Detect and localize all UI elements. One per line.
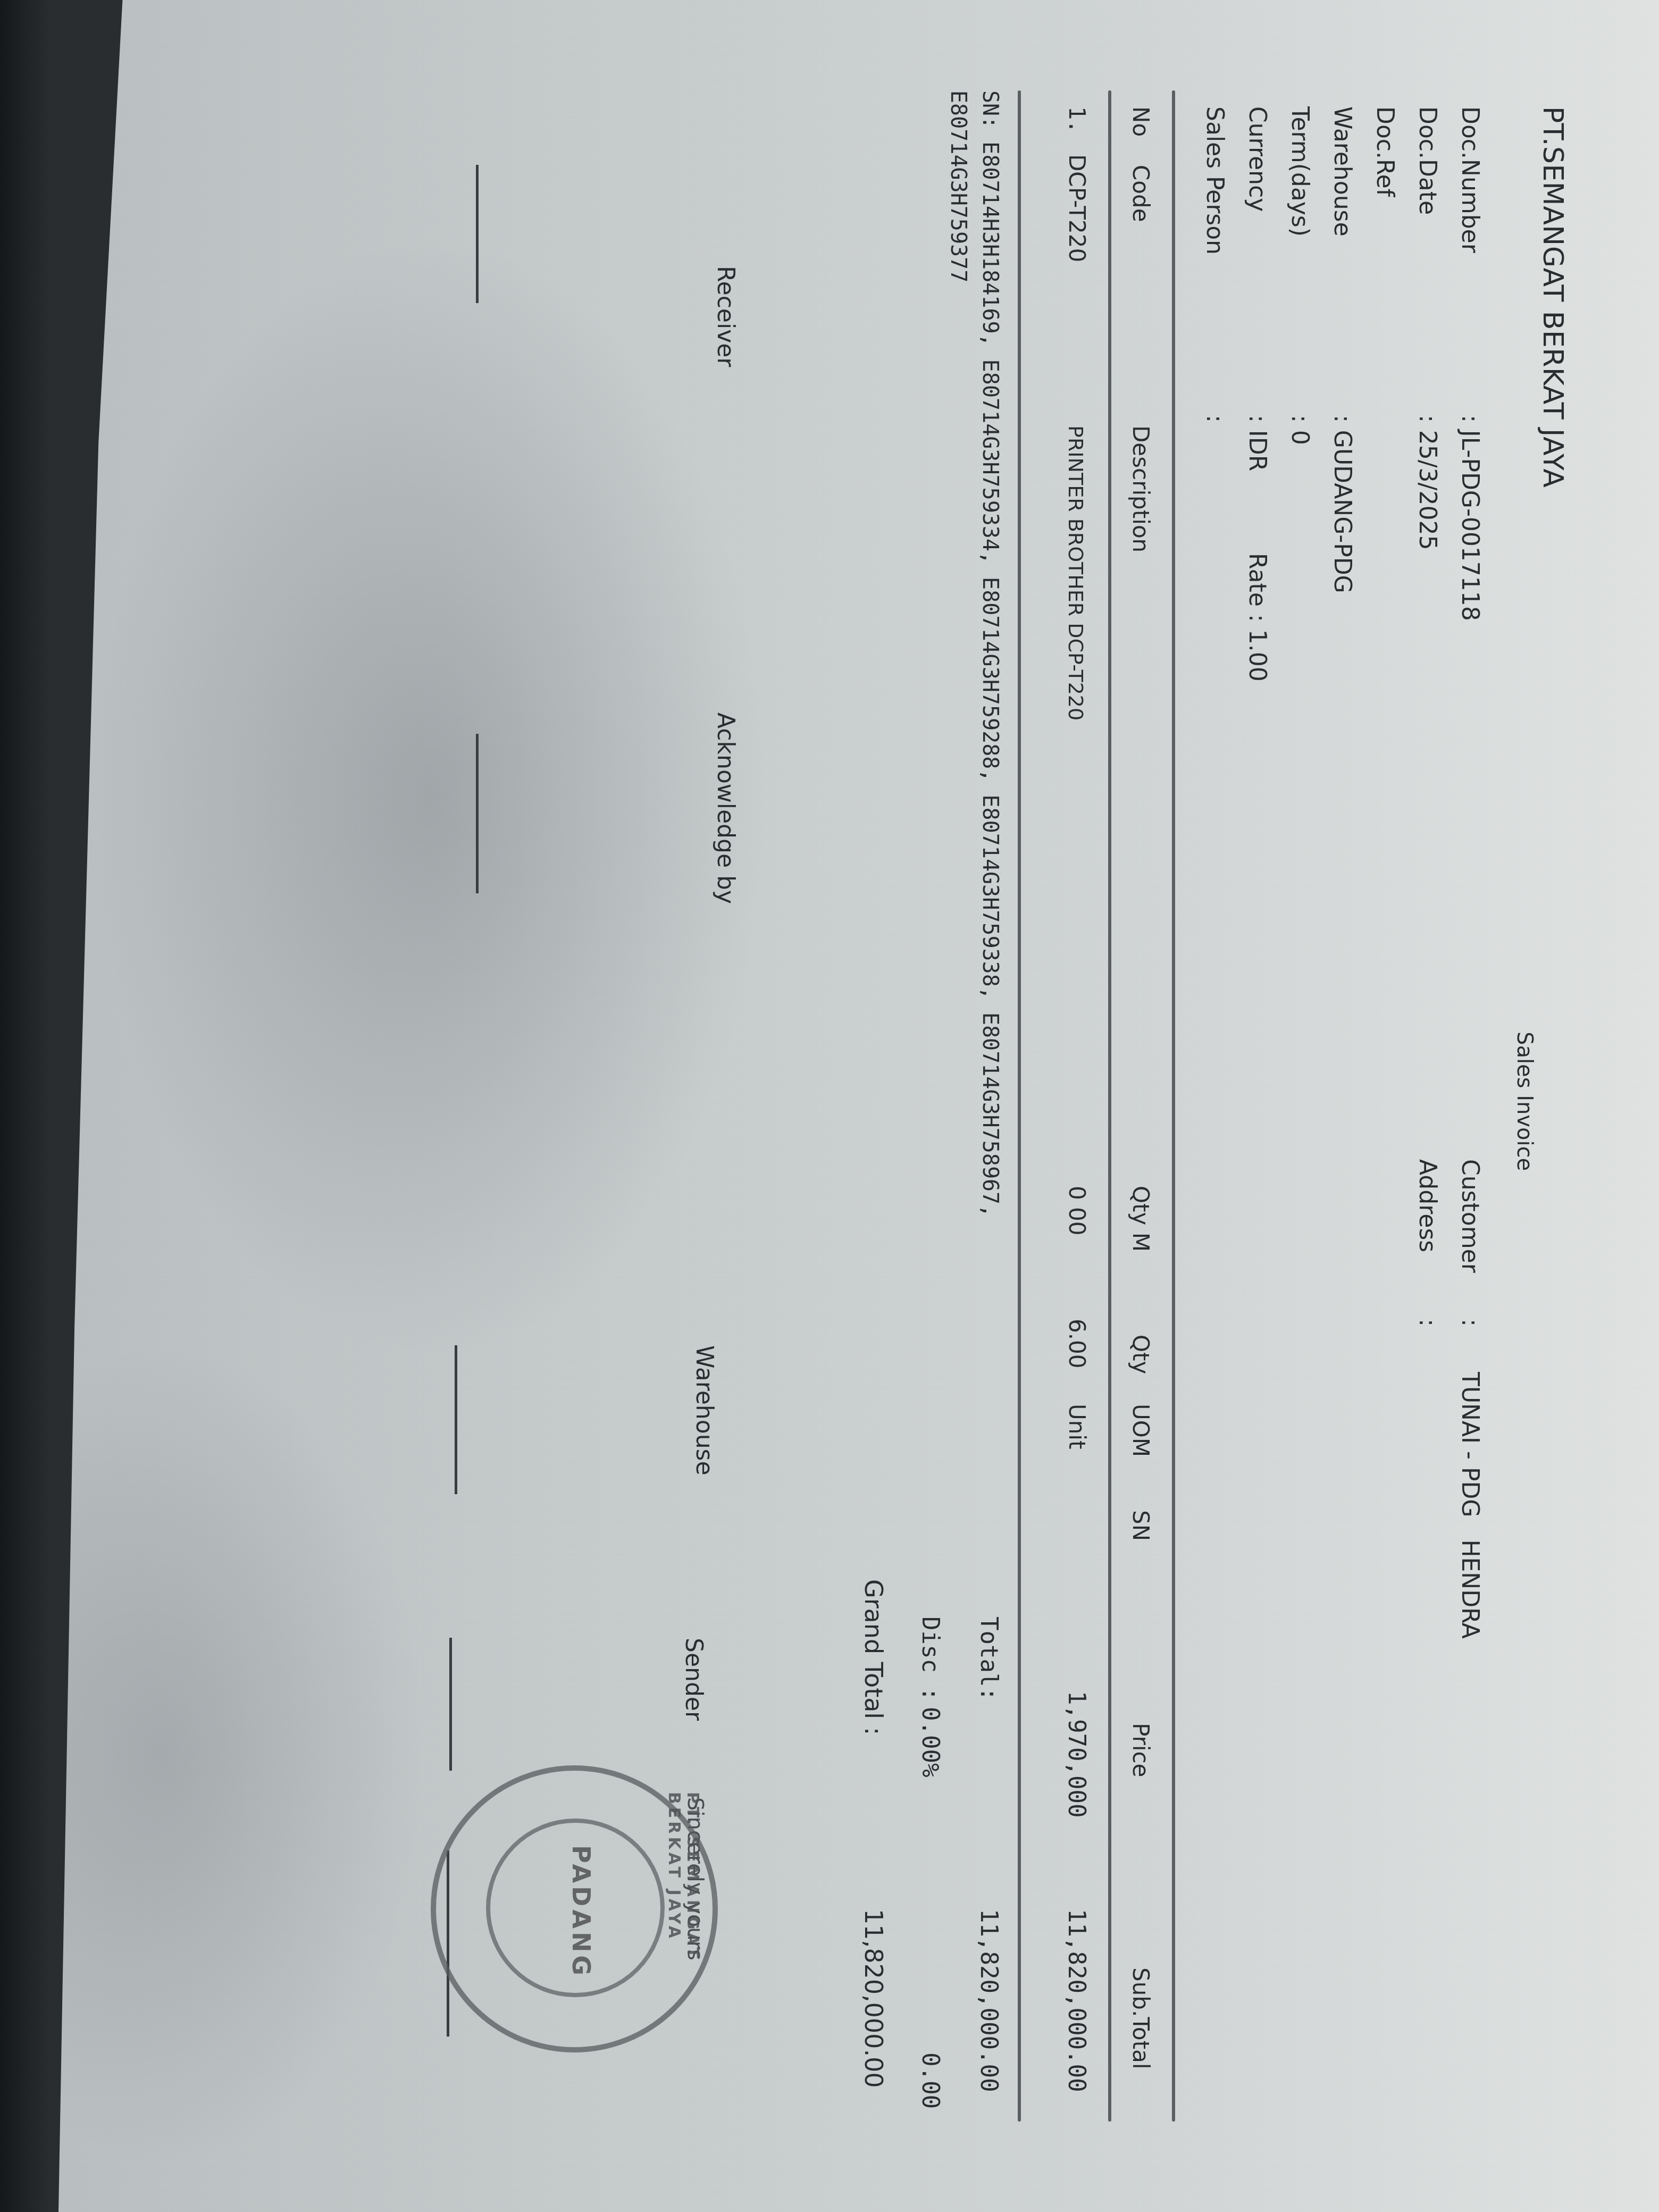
row-description: PRINTER BROTHER DCP-T220	[1064, 425, 1087, 720]
address-label: Address	[1414, 1159, 1441, 1252]
field-label-doc-number: Doc.Number	[1456, 106, 1484, 253]
field-value-doc-date: : 25/3/2025	[1414, 415, 1441, 550]
col-uom: UOM	[1128, 1404, 1154, 1457]
row-qty-m: 0 00	[1064, 1186, 1090, 1236]
total-value: 11,820,000.00	[975, 1909, 1002, 2092]
row-no: 1.	[1064, 106, 1090, 133]
grand-total-value: 11,820,000.00	[859, 1909, 888, 2088]
row-price: 1,970,000	[1063, 1691, 1090, 1817]
company-stamp: PT. SEMANGAT BERKAT JAYA PADANG	[431, 1765, 718, 2052]
grand-total-label: Grand Total :	[859, 1579, 888, 1735]
serial-numbers-line-2: E80714G3H759377	[946, 90, 970, 282]
row-code: DCP-T220	[1064, 154, 1090, 262]
customer-separator: :	[1456, 1319, 1484, 1327]
customer-label: Customer	[1456, 1159, 1484, 1273]
field-label-doc-ref: Doc.Ref	[1371, 106, 1398, 197]
signature-warehouse-label: Warehouse	[691, 1345, 718, 1476]
serial-numbers-line-1: SN: E80714H3H184169, E80714G3H759334, E8…	[978, 90, 1002, 1217]
table-header-rule	[1108, 90, 1111, 2122]
col-no: No	[1128, 106, 1154, 137]
stamp-outer-text: PT. SEMANGAT BERKAT JAYA	[665, 1792, 702, 2047]
stamp-inner-text: PADANG	[567, 1845, 596, 1979]
field-label-currency: Currency	[1244, 106, 1271, 212]
address-separator: :	[1414, 1319, 1441, 1327]
company-name: PT.SEMANGAT BERKAT JAYA	[1537, 106, 1569, 488]
disc-value: 0.00	[917, 2052, 944, 2109]
disc-percent: 0.00%	[917, 1707, 944, 1777]
field-label-doc-date: Doc.Date	[1414, 106, 1441, 215]
signature-sender-label: Sender	[680, 1638, 707, 1721]
col-price: Price	[1128, 1723, 1154, 1777]
disc-label: Disc :	[917, 1616, 944, 1701]
customer-value: TUNAI - PDG HENDRA	[1456, 1372, 1484, 1639]
row-uom: Unit	[1064, 1404, 1090, 1449]
col-subtotal: Sub.Total	[1128, 1967, 1154, 2069]
col-sn: SN	[1128, 1510, 1154, 1541]
signature-line-acknowledge	[476, 734, 479, 893]
row-qty: 6.00	[1064, 1319, 1090, 1369]
signature-acknowledge-label: Acknowledge by	[712, 713, 739, 904]
field-value-warehouse: : GUDANG-PDG	[1329, 415, 1356, 593]
field-value-currency: : IDR	[1244, 415, 1271, 471]
total-label: Total:	[975, 1616, 1002, 1701]
table-top-rule	[1172, 90, 1175, 2122]
field-label-term: Term(days)	[1286, 106, 1313, 237]
col-description: Description	[1128, 425, 1154, 552]
field-label-warehouse: Warehouse	[1329, 106, 1356, 237]
field-value-sales-person: :	[1201, 415, 1228, 423]
signature-line-warehouse	[455, 1345, 457, 1494]
field-value-term: : 0	[1286, 415, 1313, 445]
document-title: Sales Invoice	[1512, 1032, 1537, 1171]
table-bottom-rule	[1018, 90, 1021, 2122]
signature-line-receiver	[476, 165, 479, 303]
col-qty: Qty	[1128, 1335, 1154, 1374]
signature-receiver-label: Receiver	[712, 266, 739, 367]
sales-invoice-document: PT.SEMANGAT BERKAT JAYA Sales Invoice Do…	[58, 43, 1601, 2169]
field-value-rate: Rate : 1.00	[1244, 553, 1271, 682]
signature-line-sender	[449, 1638, 452, 1771]
field-value-doc-number: : JL-PDG-0017118	[1456, 415, 1484, 621]
field-label-sales-person: Sales Person	[1201, 106, 1228, 255]
col-qty-m: Qty M	[1128, 1186, 1154, 1252]
row-subtotal: 11,820,000.00	[1063, 1909, 1090, 2092]
col-code: Code	[1128, 165, 1154, 222]
